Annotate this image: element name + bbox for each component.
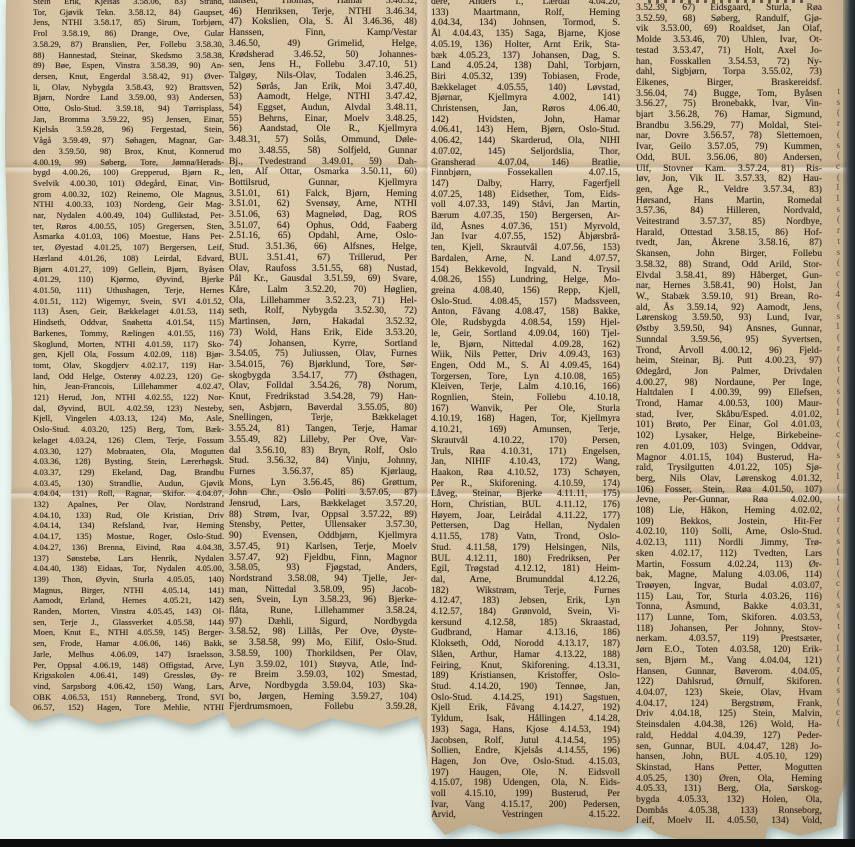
- results-column-3: dere, Anders I., Lærdal 4.04.20, 133) Ma…: [431, 0, 620, 830]
- torn-edge-text-fragments: t s ( r ( s ( c ( 1 1 s ( r t s ( c ( 4 …: [822, 86, 840, 731]
- results-column-1: Stein Erik, Kjelsås 3.58.06, 83) Strand,…: [33, 0, 224, 722]
- newspaper-clipping: Stein Erik, Kjelsås 3.58.06, 83) Strand,…: [0, 0, 855, 847]
- scanned-page: Stein Erik, Kjelsås 3.58.06, 83) Strand,…: [0, 0, 855, 847]
- scan-edge-shadow: [843, 0, 855, 847]
- results-column-4: 3.52.39, 67) Eidsgaard, Sturla, Røa 3.52…: [636, 3, 822, 831]
- clipping-shadow-wrapper: Stein Erik, Kjelsås 3.58.06, 83) Strand,…: [0, 0, 855, 847]
- clipped-line-remnant: [648, 0, 808, 3]
- results-column-2: hansen, Thomas, Hamar 3.46.32, 46) Henri…: [229, 0, 417, 722]
- scan-bottom-edge: [0, 839, 855, 847]
